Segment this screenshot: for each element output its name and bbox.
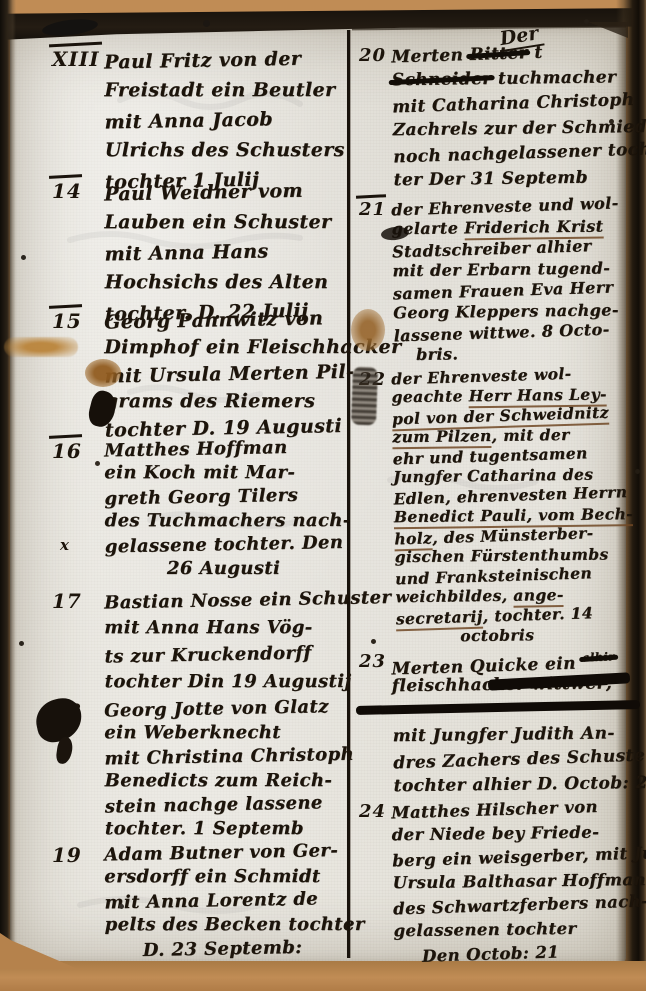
text-segment: Matthes Hilscher von xyxy=(391,797,598,822)
entry-line: ein Koch mit Mar- xyxy=(104,461,349,485)
text-segment: mit Anna Jacob xyxy=(104,108,273,133)
entry: 21der Ehrenveste und wol-gelarte Frideri… xyxy=(349,198,626,366)
text-segment: gelassene tochter. Den xyxy=(105,532,344,558)
entry-line: Paul Weidner vom xyxy=(104,175,350,210)
text-segment: Freistadt ein Beutler xyxy=(104,79,335,101)
entry-number: 15 xyxy=(52,309,82,333)
entry-line: Freistadt ein Beutler xyxy=(104,75,349,105)
text-segment: Georg Jotte von Glatz xyxy=(104,696,329,721)
entry-line: Georg Jotte von Glatz xyxy=(104,695,349,724)
text-segment: Matthes Hoffman xyxy=(104,437,288,462)
text-segment: gelassenen tochter xyxy=(393,919,576,940)
entry-text: Georg Pannwitz vonDimphof ein Fleischhac… xyxy=(104,306,350,443)
text-segment: mit Anna Lorentz de xyxy=(104,888,318,913)
text-segment: des Tuchmachers nach- xyxy=(105,510,351,531)
entry-line: des Tuchmachers nach- xyxy=(105,509,350,533)
entry-number: 23 xyxy=(359,651,386,672)
entry-line: Ulrichs des Schusters xyxy=(105,135,350,165)
entry: 22der Ehrenveste wol-geachte Herr Hans L… xyxy=(349,368,626,648)
stain xyxy=(351,309,385,351)
entry-line: Den Octob: 21 xyxy=(422,938,630,968)
entry-line: Lauben ein Schuster xyxy=(104,207,349,237)
entry-line: bris. xyxy=(416,341,629,365)
manuscript-photo: XIIIPaul Fritz von derFreistadt ein Beut… xyxy=(0,0,646,991)
text-segment: Paul Weidner vom xyxy=(104,180,303,206)
text-segment: D. 23 Septemb: xyxy=(143,937,303,961)
text-segment: Benedicts zum Reich- xyxy=(105,770,333,791)
entry-text: Matthes Hoffmanein Koch mit Mar-greth Ge… xyxy=(104,436,350,582)
text-segment: Ulrichs des Schusters xyxy=(105,139,345,161)
entry-number: XIII xyxy=(52,47,100,71)
entry-text: Bastian Nosse ein Schustermit Anna Hans … xyxy=(104,586,350,696)
entry-line: octobris xyxy=(460,624,631,646)
text-segment: grams des Riemers xyxy=(105,390,316,412)
text-segment: Adam Butner von Ger- xyxy=(104,840,338,865)
text-segment: ter Der 31 Septemb xyxy=(393,168,588,191)
text-segment: weichbildes, xyxy=(395,586,513,607)
entry: 19Adam Butner von Ger-ersdorff ein Schmi… xyxy=(0,842,349,962)
entry-line: Adam Butner von Ger- xyxy=(104,839,349,868)
entry-line: greth Georg Tilers xyxy=(104,483,349,512)
text-segment: Den Octob: 21 xyxy=(422,942,560,965)
entry-number: 14 xyxy=(52,179,82,203)
text-segment: alhir xyxy=(582,649,615,664)
entry: XIIIPaul Fritz von derFreistadt ein Beut… xyxy=(0,46,349,196)
entry-line: ein Weberknecht xyxy=(104,721,349,745)
left-column: XIIIPaul Fritz von derFreistadt ein Beut… xyxy=(0,0,349,991)
paper-specks xyxy=(0,0,3,3)
text-segment: ein Weberknecht xyxy=(104,722,281,743)
entry-line: D. 23 Septemb: xyxy=(143,935,350,963)
text-segment: 26 Augusti xyxy=(167,558,280,579)
entry-number: 16 xyxy=(52,439,82,463)
entry-number: 20 xyxy=(359,45,386,66)
entry-line: ts zur Kruckendorff xyxy=(104,639,349,671)
entry-line: Benedicts zum Reich- xyxy=(105,769,350,793)
text-segment: mit Ursula Merten Pil- xyxy=(104,361,354,388)
text-segment: Paul Fritz von der xyxy=(104,48,301,74)
text-segment: tochter Din 19 Augustij xyxy=(105,671,352,692)
text-segment: pelts des Becken tochter xyxy=(105,914,365,935)
entry: 17Bastian Nosse ein Schustermit Anna Han… xyxy=(0,588,349,696)
entry: 16xMatthes Hoffmanein Koch mit Mar-greth… xyxy=(0,438,349,582)
entry-text: Adam Butner von Ger-ersdorff ein Schmidt… xyxy=(104,840,350,962)
text-segment: mit Catharina Christoph xyxy=(392,90,635,118)
text-segment: ts zur Kruckendorff xyxy=(104,643,311,668)
stain xyxy=(4,337,78,357)
text-segment: , tochter. 14 xyxy=(482,603,593,625)
entry-line: tochter. 1 Septemb xyxy=(105,817,350,841)
entry-text: Matthes Hilscher vonder Niede bey Friede… xyxy=(391,795,629,967)
text-segment: Ursula Balthasar Hoffmans xyxy=(392,870,646,892)
entry-number: 21 xyxy=(359,199,386,220)
text-segment: dres Zachers des Schusters xyxy=(393,745,646,774)
text-segment: , mit der xyxy=(491,425,569,445)
text-segment: mit Anna Hans xyxy=(104,240,268,265)
text-segment: mit Anna Hans Vög- xyxy=(104,617,312,638)
entry-line: ter Der 31 Septemb xyxy=(393,165,628,193)
entry-line: Paul Fritz von der xyxy=(104,43,350,78)
entry: 23Merten Quicke ein alhirfleischhacker w… xyxy=(349,650,626,800)
entry-number: 19 xyxy=(52,843,82,867)
entry-text: Paul Fritz von derFreistadt ein Beutlerm… xyxy=(104,44,350,196)
entry: 24Matthes Hilscher vonder Niede bey Frie… xyxy=(349,800,626,968)
text-segment: Hochsichs des Alten xyxy=(105,271,329,293)
entry-line: mit Ursula Merten Pil- xyxy=(104,359,349,391)
text-segment: stein nachge lassene xyxy=(105,792,323,817)
text-segment: der Niede bey Friede- xyxy=(392,823,600,845)
text-segment: Jungfer Catharina des xyxy=(393,465,593,487)
entry-line: Bastian Nosse ein Schuster xyxy=(104,585,349,617)
text-segment: ersdorff ein Schmidt xyxy=(104,866,320,887)
entry-line: ersdorff ein Schmidt xyxy=(104,865,349,889)
entry-line: mit Anna Jacob xyxy=(104,103,350,138)
text-segment: Merten xyxy=(391,45,470,67)
entry-text: Merten Ritter tSchneider tuchmachermit C… xyxy=(391,39,629,193)
entry-line: Hochsichs des Alten xyxy=(105,267,350,297)
text-segment: Schneider xyxy=(392,69,492,90)
text-segment: tochter alhier D. Octob: 20 xyxy=(393,773,646,796)
entry-line: tochter Din 19 Augustij xyxy=(105,668,350,695)
entry-text: der Ehrenveste und wol-gelarte Friderich… xyxy=(391,193,629,365)
text-segment: des Schwartzferbers nach- xyxy=(393,891,646,918)
entry: 15Georg Pannwitz vonDimphof ein Fleischh… xyxy=(0,308,349,443)
text-segment: bris. xyxy=(416,344,459,364)
text-segment: greth Georg Tilers xyxy=(104,485,298,510)
entry-line: mit Christina Christoph xyxy=(104,743,349,772)
text-segment: Georg Pannwitz von xyxy=(104,307,323,333)
text-segment: tuchmacher xyxy=(491,67,616,89)
entry-line: 26 Augusti xyxy=(167,557,350,581)
entry: 20Merten Ritter tSchneider tuchmachermit… xyxy=(349,44,626,194)
entry-line: Matthes Hoffman xyxy=(104,435,349,464)
text-segment: noch nachgelassener toch- xyxy=(393,139,646,167)
entry-line: gelassene tochter. Den xyxy=(105,531,350,560)
text-segment: Lauben ein Schuster xyxy=(104,211,331,233)
entry-number: 17 xyxy=(52,589,82,613)
text-segment: tochter. 1 Septemb xyxy=(105,818,304,839)
text-segment: octobris xyxy=(460,625,534,645)
entry-line: mit Anna Hans xyxy=(104,235,350,270)
ink-smudge xyxy=(351,367,378,426)
entry-line: Georg Pannwitz von xyxy=(104,305,349,337)
entry-line: stein nachge lassene xyxy=(105,791,350,820)
entry-text: der Ehrenveste wol-geachte Herr Hans Ley… xyxy=(391,363,631,647)
entry-line: mit Anna Hans Vög- xyxy=(104,614,349,641)
entry-line: pelts des Becken tochter xyxy=(105,913,350,937)
marginal-mark: x xyxy=(60,536,69,554)
entry-text: Merten Quicke ein alhirfleischhacker wit… xyxy=(391,645,629,799)
text-segment: ein Koch mit Mar- xyxy=(104,462,295,483)
stain xyxy=(85,359,121,387)
text-segment: , des Münsterber- xyxy=(432,523,594,547)
text-segment: Zachrels zur der Schmiede xyxy=(393,117,646,140)
right-column: 20Merten Ritter tSchneider tuchmachermit… xyxy=(349,0,626,991)
entry-text: Georg Jotte von Glatzein Weberknechtmit … xyxy=(104,696,350,842)
entry-number: 24 xyxy=(359,801,386,822)
text-segment: mit Jungfer Judith An- xyxy=(393,723,615,746)
text-segment: mit Christina Christoph xyxy=(104,744,354,770)
text-segment: geachte xyxy=(391,386,468,406)
entry-line: Dimphof ein Fleischhacker xyxy=(104,334,349,361)
entry-line: mit Anna Lorentz de xyxy=(104,887,349,916)
entry-line: grams des Riemers xyxy=(105,388,350,415)
